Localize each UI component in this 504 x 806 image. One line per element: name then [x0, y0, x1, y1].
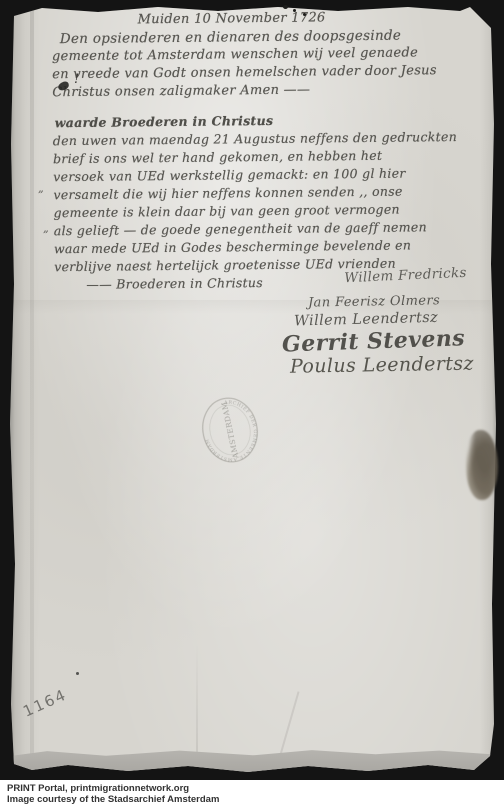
ink-speck — [283, 5, 288, 9]
credit-source: Image courtesy of the Stadsarchief Amste… — [7, 794, 504, 805]
signature: Poulus Leendertsz — [290, 352, 488, 377]
margin-quote-mark: „ — [38, 182, 44, 195]
credit-portal: PRINT Portal, printmigrationnetwork.org — [7, 783, 504, 794]
paper-crease-left — [30, 4, 34, 774]
signature: Jan Feerisz Olmers — [308, 292, 488, 310]
ink-speck — [293, 9, 296, 12]
margin-exclamation-mark: ! — [74, 72, 79, 87]
paper-stain — [466, 430, 498, 500]
handwritten-letter: Muiden 10 November 1726 Den opsienderen … — [46, 8, 483, 295]
letter-line: Christus onsen zaligmaker Amen —— — [52, 80, 480, 102]
ink-speck — [303, 13, 306, 16]
scanned-document-view: Muiden 10 November 1726 Den opsienderen … — [0, 0, 504, 806]
paper-bottom-edge — [8, 748, 498, 774]
stamp-center-text: AMSTERDAM — [220, 401, 241, 460]
margin-quote-mark: „ — [43, 222, 49, 235]
ink-speck — [76, 672, 79, 675]
credit-footer: PRINT Portal, printmigrationnetwork.org … — [0, 780, 504, 806]
signature-block: Jan Feerisz Olmers Willem Leendertsz Ger… — [278, 294, 488, 376]
